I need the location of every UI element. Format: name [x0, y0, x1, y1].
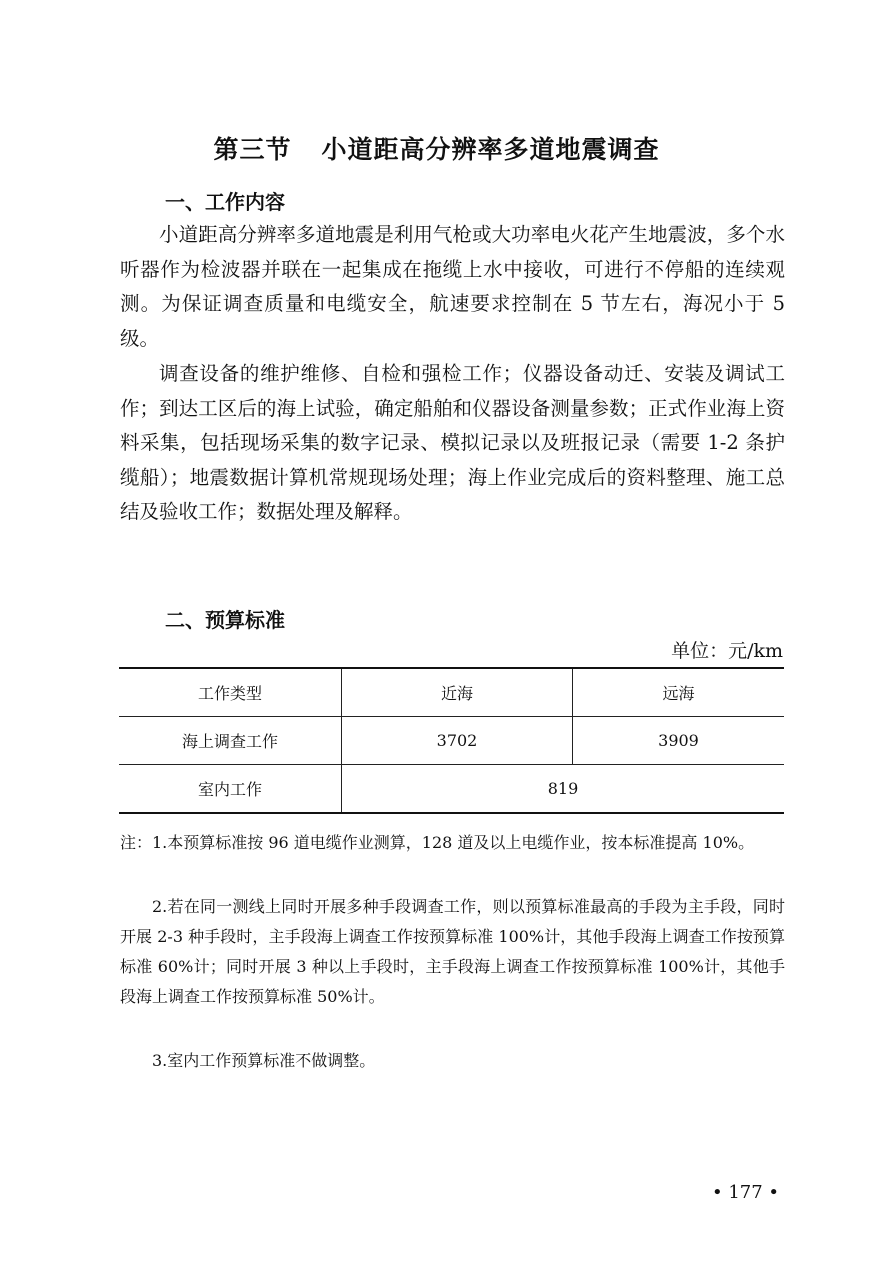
value-offshore: 3909 — [573, 717, 785, 765]
value-indoor: 819 — [342, 765, 785, 814]
note-2: 2.若在同一测线上同时开展多种手段调查工作，则以预算标准最高的手段为主手段，同时… — [120, 892, 785, 1012]
header-offshore: 远海 — [573, 668, 785, 717]
value-nearshore: 3702 — [342, 717, 573, 765]
page-number: • 177 • — [712, 1182, 779, 1203]
heading-work-content: 一、工作内容 — [165, 186, 285, 215]
document-page: 第三节小道距高分辨率多道地震调查 一、工作内容 小道距高分辨率多道地震是利用气枪… — [0, 0, 873, 1276]
table-row: 海上调查工作 3702 3909 — [119, 717, 784, 765]
note-1: 注：1.本预算标准按 96 道电缆作业测算，128 道及以上电缆作业，按本标准提… — [120, 828, 785, 858]
row-label-sea-survey: 海上调查工作 — [119, 717, 342, 765]
paragraph-intro: 小道距高分辨率多道地震是利用气枪或大功率电火花产生地震波，多个水听器作为检波器并… — [120, 218, 785, 356]
paragraph-tasks: 调查设备的维护维修、自检和强检工作；仪器设备动迁、安装及调试工作；到达工区后的海… — [120, 357, 785, 530]
header-nearshore: 近海 — [342, 668, 573, 717]
note-3: 3.室内工作预算标准不做调整。 — [120, 1046, 785, 1076]
header-work-type: 工作类型 — [119, 668, 342, 717]
budget-table: 工作类型 近海 远海 海上调查工作 3702 3909 室内工作 819 — [119, 667, 784, 814]
unit-label: 单位：元/km — [671, 636, 783, 663]
heading-budget-standard: 二、预算标准 — [165, 604, 285, 633]
section-number: 第三节 — [213, 135, 291, 164]
section-title-text: 小道距高分辨率多道地震调查 — [322, 135, 660, 164]
table-row: 室内工作 819 — [119, 765, 784, 814]
section-title: 第三节小道距高分辨率多道地震调查 — [0, 130, 873, 166]
table-header-row: 工作类型 近海 远海 — [119, 668, 784, 717]
row-label-indoor-work: 室内工作 — [119, 765, 342, 814]
